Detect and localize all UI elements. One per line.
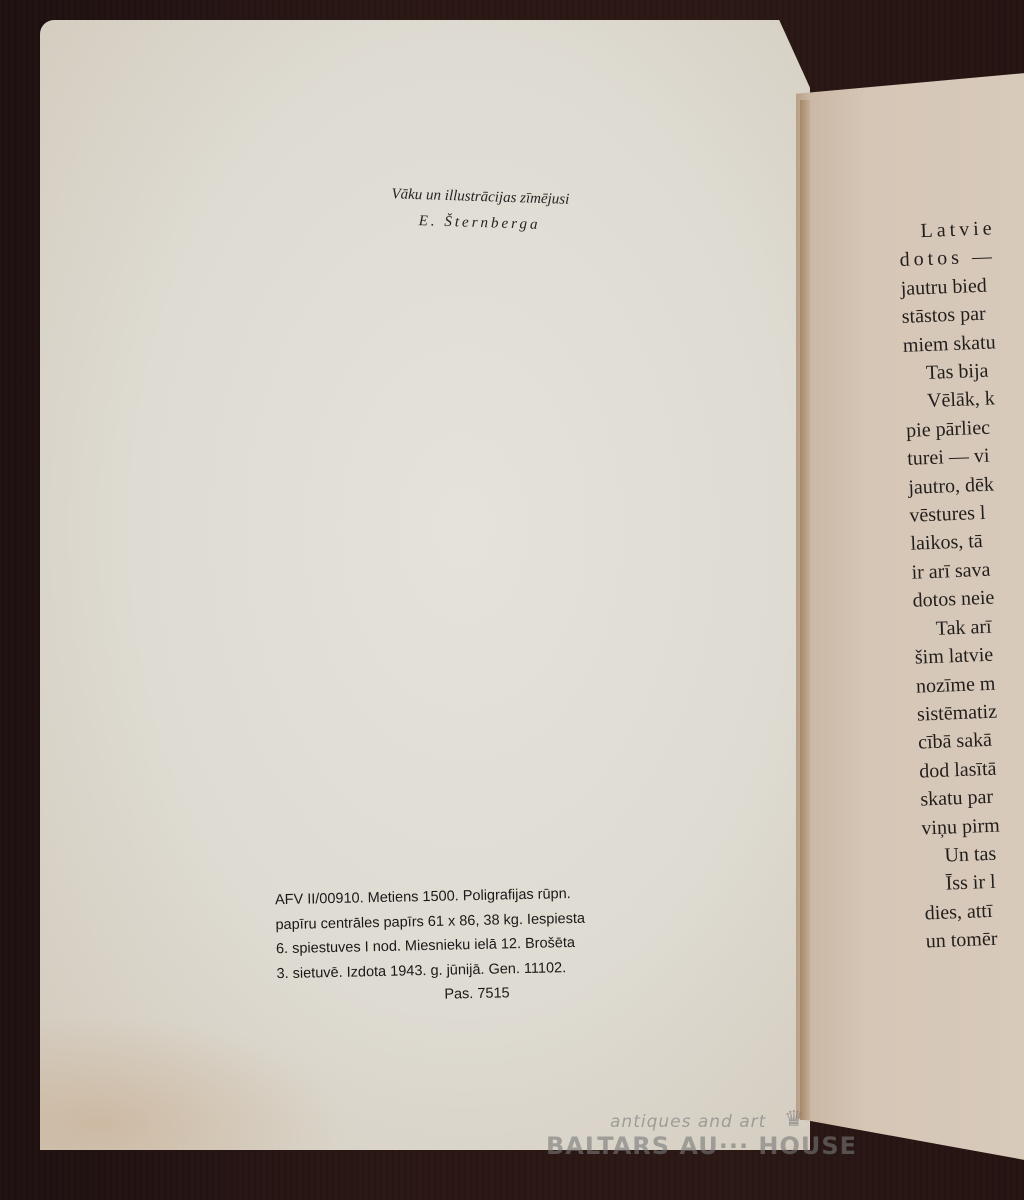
illustrator-credit: Vāku un illustrācijas zīmējusi E. Šternb… <box>329 179 630 240</box>
watermark-brand: BALTARS AU··· HOUSE <box>546 1132 857 1160</box>
watermark-tagline: antiques and art <box>610 1112 766 1132</box>
crown-icon: ♛ <box>784 1106 804 1132</box>
book-spine <box>800 100 810 1120</box>
publication-imprint: AFV II/00910. Metiens 1500. Poligrafijas… <box>275 880 677 1011</box>
watermark: antiques and art ♛ BALTARS AU··· HOUSE <box>540 1112 960 1192</box>
